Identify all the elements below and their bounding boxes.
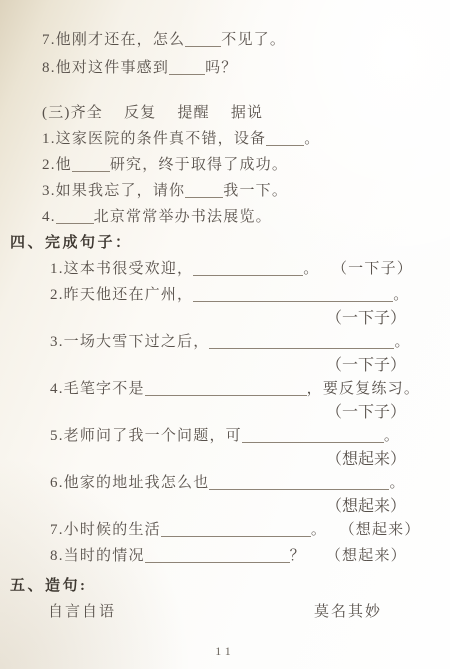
fill-blank [266, 133, 304, 146]
exercise-item: 2.昨天他还在广州，。 [50, 282, 450, 308]
item-text-pre: 8.他对这件事感到 [42, 60, 169, 76]
item-text-post: ，要反复练习。 [307, 381, 420, 397]
word-bank-word: 反复 [124, 100, 156, 126]
item-text-post: 。 [303, 261, 319, 277]
hint-line: （一下子） [0, 402, 450, 423]
item-text-post: 吗？ [205, 60, 237, 76]
make-sentences-words: 自言自语莫名其妙 [48, 599, 382, 626]
hint-label: （想起来） [347, 522, 421, 538]
word-bank-row: (三)齐全反复提醒据说 [42, 100, 450, 126]
item-text-post: 研究，终于取得了成功。 [110, 157, 288, 173]
section-complete-sentences: 四、完成句子： 1.这本书很受欢迎，。（一下子） 2.昨天他还在广州，。 （一下… [0, 230, 450, 569]
word-bank-label: (三) [42, 100, 71, 126]
exercise-item: 4.毛笔字不是，要反复练习。 [50, 376, 450, 402]
item-text-post: ？ [290, 548, 306, 564]
exercise-item: 1.这本书很受欢迎，。（一下子） [50, 256, 450, 282]
fill-blank [56, 211, 94, 224]
fill-blank [242, 430, 384, 443]
item-text-pre: 6.他家的地址我怎么也 [50, 475, 209, 491]
fill-blank [209, 477, 389, 490]
exercise-item: 8.当时的情况？（想起来） [50, 543, 450, 569]
exercise-item: 7.小时候的生活。（想起来） [50, 517, 450, 543]
exercise-item: 5.老师问了我一个问题，可。 [50, 423, 450, 449]
item-text-pre: 2.他 [42, 157, 72, 173]
exercise-item: 2.他研究，终于取得了成功。 [42, 152, 450, 178]
hint-line: （一下子） [0, 355, 450, 376]
fill-blank [185, 185, 223, 198]
item-text-post: 不见了。 [221, 32, 286, 48]
section-word-bank: (三)齐全反复提醒据说 1.这家医院的条件真不错，设备。 2.他研究，终于取得了… [0, 100, 450, 230]
exercise-item: 3.如果我忘了，请你我一下。 [42, 178, 450, 204]
item-text-pre: 7.他刚才还在，怎么 [42, 32, 185, 48]
page-content: 7.他刚才还在，怎么不见了。 8.他对这件事感到吗？ (三)齐全反复提醒据说 1… [0, 0, 450, 626]
fill-blank [193, 289, 393, 302]
item-text-pre: 2.昨天他还在广州， [50, 287, 193, 303]
item-text-pre: 4.毛笔字不是 [50, 381, 145, 397]
section-five-heading: 五、造句: [10, 573, 450, 599]
hint-label: （想起来） [326, 498, 406, 515]
hint-label: （想起来） [326, 451, 406, 468]
item-text-pre: 7.小时候的生活 [50, 522, 161, 538]
fill-blank [185, 34, 221, 47]
word-bank-word: 据说 [231, 100, 263, 126]
hint-line: （想起来） [0, 496, 450, 517]
item-text-pre: 4. [42, 209, 56, 225]
exercise-item: 4.北京常常举办书法展览。 [42, 204, 450, 230]
fill-blank [145, 550, 290, 563]
item-text-post: 。 [304, 131, 320, 147]
complete-sentences-items: 1.这本书很受欢迎，。（一下子） 2.昨天他还在广州，。 （一下子） 3.一场大… [0, 256, 450, 569]
fill-blank [169, 62, 205, 75]
hint-label: （一下子） [339, 261, 413, 277]
word-bank-words: 齐全反复提醒据说 [71, 105, 285, 121]
exercise-item: 1.这家医院的条件真不错，设备。 [42, 126, 450, 152]
page-number: 11 [0, 644, 450, 659]
item-text-pre: 1.这本书很受欢迎， [50, 261, 193, 277]
fill-blank [72, 159, 110, 172]
hint-label: （一下子） [326, 357, 406, 374]
item-text-post: 我一下。 [223, 183, 288, 199]
make-sentence-word: 自言自语 [48, 599, 116, 626]
word-bank-items: 1.这家医院的条件真不错，设备。 2.他研究，终于取得了成功。 3.如果我忘了，… [0, 126, 450, 230]
item-text-pre: 1.这家医院的条件真不错，设备 [42, 131, 266, 147]
exercise-item: 8.他对这件事感到吗？ [42, 54, 450, 82]
item-text-pre: 8.当时的情况 [50, 548, 145, 564]
exercise-item: 3.一场大雪下过之后，。 [50, 329, 450, 355]
item-text-post: 。 [384, 428, 400, 444]
section-make-sentences: 五、造句: 自言自语莫名其妙 [0, 573, 450, 626]
fill-blank [161, 524, 311, 537]
section-continuation: 7.他刚才还在，怎么不见了。 8.他对这件事感到吗？ [0, 26, 450, 82]
item-text-post: 北京常常举办书法展览。 [94, 209, 272, 225]
workbook-page: 7.他刚才还在，怎么不见了。 8.他对这件事感到吗？ (三)齐全反复提醒据说 1… [0, 0, 450, 669]
item-text-pre: 3.一场大雪下过之后， [50, 334, 209, 350]
fill-blank [145, 383, 307, 396]
hint-line: （想起来） [0, 449, 450, 470]
fill-blank [193, 263, 303, 276]
fill-blank [209, 336, 394, 349]
word-bank-word: 提醒 [177, 100, 209, 126]
hint-label: （一下子） [326, 310, 406, 327]
hint-label: （想起来） [326, 548, 407, 564]
exercise-item: 6.他家的地址我怎么也。 [50, 470, 450, 496]
item-text-post: 。 [311, 522, 327, 538]
hint-line: （一下子） [0, 308, 450, 329]
section-four-heading: 四、完成句子： [10, 230, 450, 256]
item-text-post: 。 [389, 475, 405, 491]
exercise-item: 7.他刚才还在，怎么不见了。 [42, 26, 450, 54]
word-bank-word: 齐全 [71, 100, 103, 126]
item-text-pre: 5.老师问了我一个问题，可 [50, 428, 242, 444]
item-text-post: 。 [394, 334, 410, 350]
make-sentence-word: 莫名其妙 [314, 599, 382, 626]
item-text-pre: 3.如果我忘了，请你 [42, 183, 185, 199]
item-text-post: 。 [393, 287, 409, 303]
hint-label: （一下子） [326, 404, 406, 421]
